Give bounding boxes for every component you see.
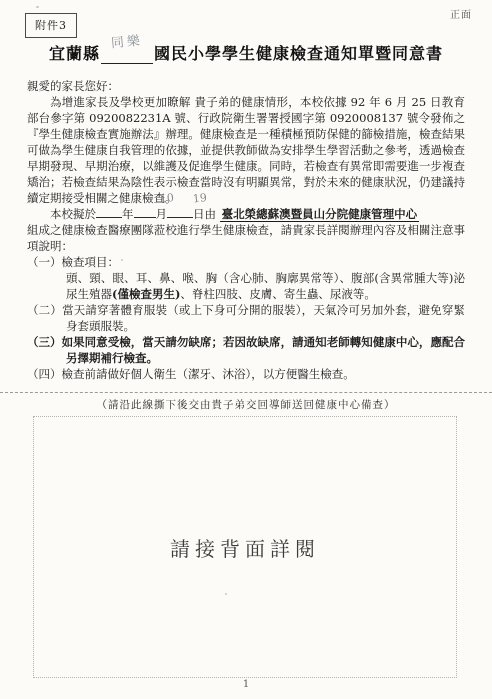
tear-off-instruction: （請沿此線撕下後交由貴子弟交回導師送回健康中心備查）: [0, 397, 492, 412]
item-4: （四）檢查前請做好個人衛生（潔牙、沐浴），以方便醫生檢查。: [27, 366, 465, 382]
day-blank: 19: [167, 206, 193, 218]
item-3-number: （三）: [27, 335, 62, 349]
scan-speck: [36, 6, 39, 8]
greeting-line: 親愛的家長您好：: [27, 78, 465, 94]
page-side-label: 正面: [450, 6, 472, 21]
tear-off-dashed-line: [0, 392, 492, 393]
item-2-number: （二）: [27, 303, 62, 317]
item-2-text: 當天請穿著體育服裝（或上下身可分開的服裝），天氣冷可另加外套，避免穿緊身套頭服裝…: [62, 303, 465, 333]
month-blank: 10: [134, 206, 156, 218]
document-body: 宜蘭縣同樂國民小學學生健康檢查通知單暨同意書 親愛的家長您好： 為增進家長及學校…: [27, 44, 465, 382]
item-1-number: （一）: [27, 255, 62, 269]
day-label: 日由: [193, 207, 216, 221]
clinic-name: 臺北榮總蘇澳暨員山分院健康管理中心: [220, 207, 420, 222]
year-blank: [96, 206, 122, 218]
consent-reply-box: 請接背面詳閱: [33, 416, 457, 678]
attachment-number-label: 附件3: [35, 19, 67, 32]
item-4-text: 檢查前請做好個人衛生（潔牙、沐浴），以方便醫生檢查。: [62, 367, 355, 381]
intro-paragraph: 為增進家長及學校更加瞭解 貴子弟的健康情形，本校依據 92 年 6 月 25 日…: [27, 94, 465, 206]
item-1-body: 頭、頸、眼、耳、鼻、喉、胸（含心肺、胸廓異常等）、腹部(含異常腫大等)泌尿生殖器…: [27, 270, 465, 302]
item-1-title: 檢查項目：: [62, 255, 120, 269]
item-1-text-post: 、脊柱四肢、皮膚、寄生蟲、尿液等。: [180, 287, 376, 301]
month-label: 月: [156, 207, 168, 221]
item-3: （三）如果同意受檢，當天請勿缺席；若因故缺席，請通知老師轉知健康中心，應配合另擇…: [27, 334, 465, 366]
scan-speck: [121, 259, 123, 261]
schedule-continuation: 組成之健康檢查醫療團隊蒞校進行學生健康檢查，請貴家長詳閱辦理內容及相關注意事項說…: [27, 222, 465, 254]
scan-speck: [225, 593, 227, 595]
document-title: 宜蘭縣同樂國民小學學生健康檢查通知單暨同意書: [27, 44, 465, 64]
item-4-number: （四）: [27, 367, 62, 381]
schedule-pre: 本校擬於: [50, 207, 96, 221]
item-2: （二）當天請穿著體育服裝（或上下身可分開的服裝），天氣冷可另加外套，避免穿緊身套…: [27, 302, 465, 334]
title-county: 宜蘭縣: [49, 44, 100, 64]
scanned-document-page: 附件3 正面 宜蘭縣同樂國民小學學生健康檢查通知單暨同意書 親愛的家長您好： 為…: [0, 0, 492, 699]
item-1-heading: （一）檢查項目：: [27, 254, 465, 270]
attachment-number-box: 附件3: [25, 13, 77, 38]
see-back-note: 請接背面詳閱: [170, 533, 320, 562]
school-name-blank: 同樂: [101, 49, 153, 64]
year-label: 年: [122, 207, 134, 221]
item-1-text-bold: (僅檢查男生): [112, 287, 180, 301]
schedule-line: 本校擬於年10月19日由 臺北榮總蘇澳暨員山分院健康管理中心: [27, 206, 465, 222]
item-3-text: 如果同意受檢，當天請勿缺席；若因故缺席，請通知老師轉知健康中心，應配合另擇期補行…: [62, 335, 465, 365]
page-number: 1: [0, 679, 492, 690]
school-name-handwriting: 同樂: [110, 32, 144, 55]
title-main: 國民小學學生健康檢查通知單暨同意書: [154, 44, 443, 64]
